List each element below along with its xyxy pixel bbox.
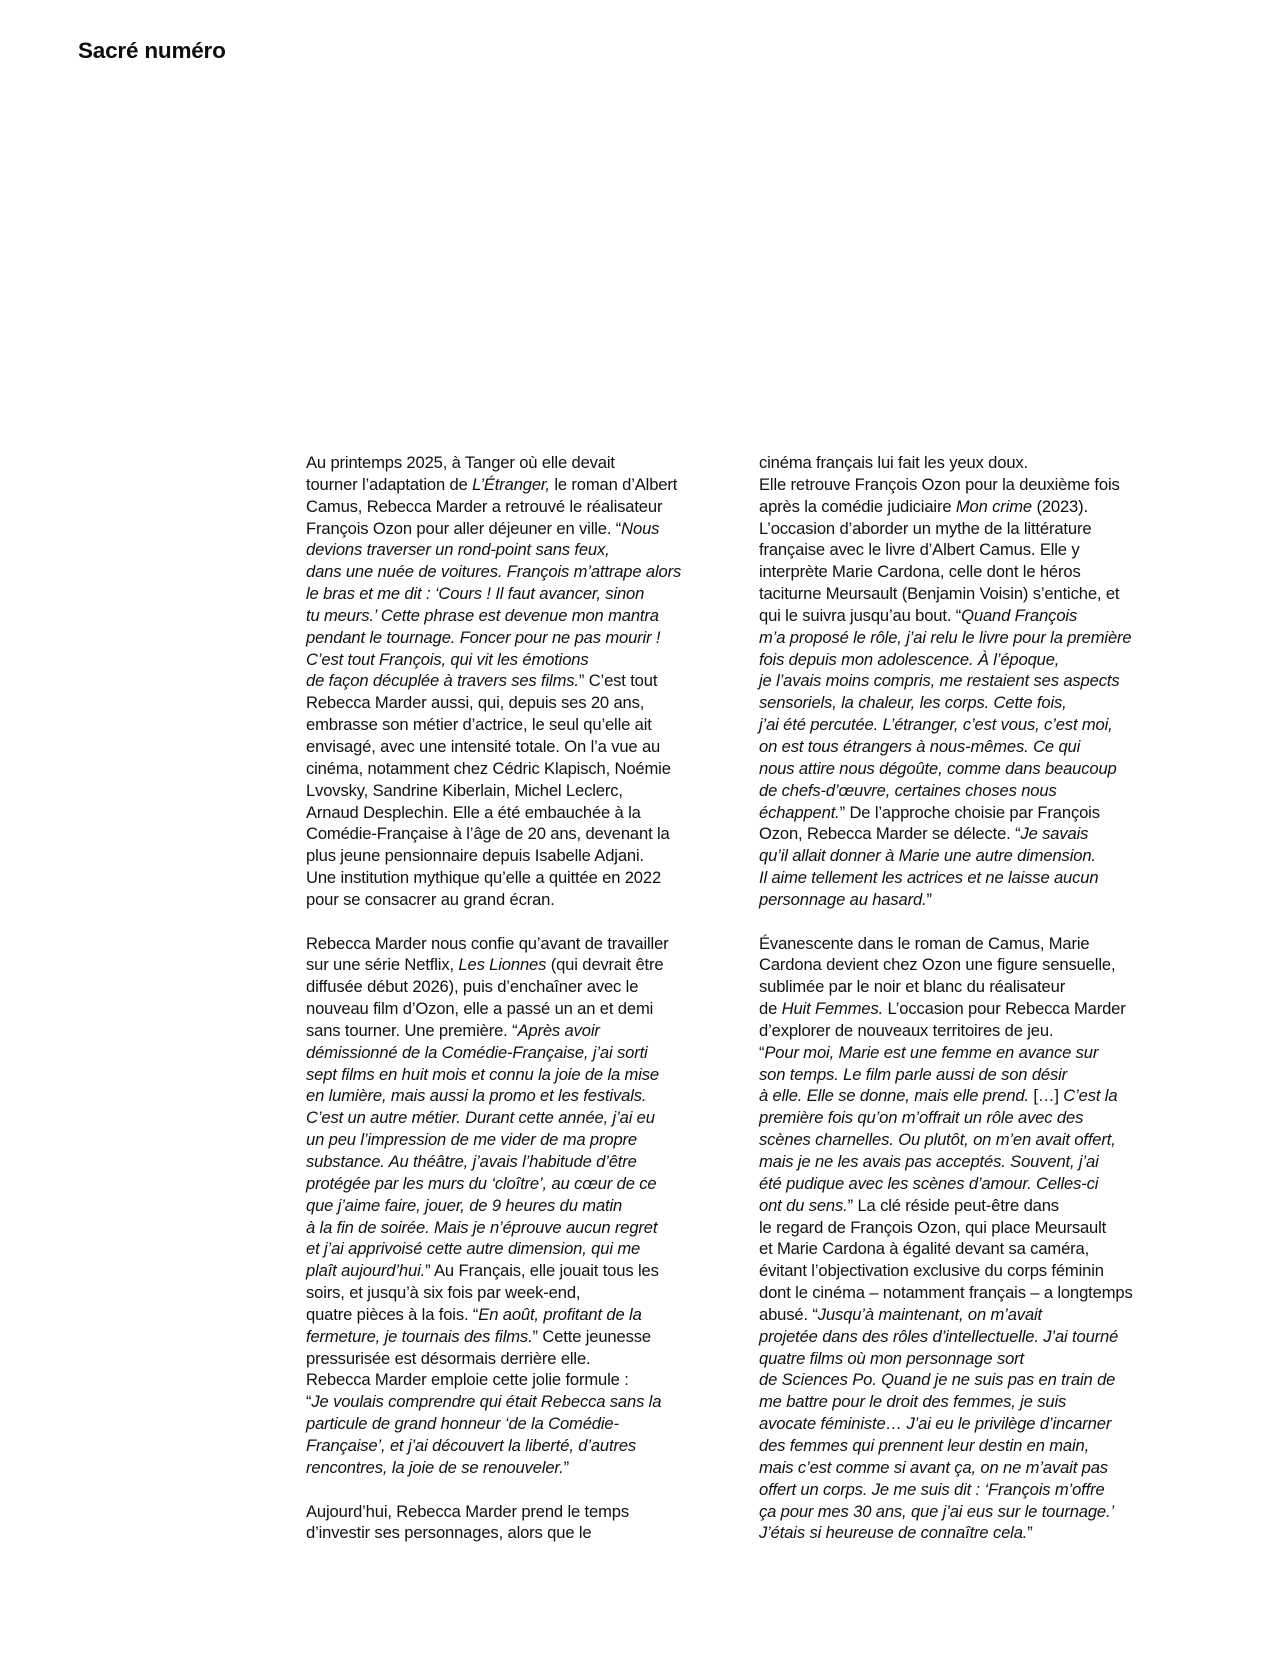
italic-quote-run: Nous: [621, 519, 659, 538]
text-line: et Marie Cardona à égalité devant sa cam…: [759, 1238, 1199, 1260]
text-line: sensoriels, la chaleur, les corps. Cette…: [759, 692, 1199, 714]
italic-quote-run: le bras et me dit : ‘Cours ! Il faut ava…: [306, 584, 644, 603]
text-line: envisagé, avec une intensité totale. On …: [306, 736, 746, 758]
italic-quote-run: Après avoir: [517, 1021, 599, 1040]
italic-quote-run: Je savais: [1020, 824, 1088, 843]
text-line: Rebecca Marder emploie cette jolie formu…: [306, 1369, 746, 1391]
text-run: évitant l’objectivation exclusive du cor…: [759, 1261, 1104, 1280]
text-line: de chefs-d’œuvre, certaines choses nous: [759, 780, 1199, 802]
text-line: tourner l’adaptation de L’Étranger, le r…: [306, 474, 746, 496]
text-line: abusé. “Jusqu’à maintenant, on m’avait: [759, 1304, 1199, 1326]
text-line: ont du sens.” La clé réside peut-être da…: [759, 1195, 1199, 1217]
text-line: soirs, et jusqu’à six fois par week-end,: [306, 1282, 746, 1304]
text-run: Au printemps 2025, à Tanger où elle deva…: [306, 453, 615, 472]
text-line: que j’aime faire, jouer, de 9 heures du …: [306, 1195, 746, 1217]
text-line: qui le suivra jusqu’au bout. “Quand Fran…: [759, 605, 1199, 627]
text-line: embrasse son métier d’actrice, le seul q…: [306, 714, 746, 736]
italic-quote-run: Mon crime: [956, 497, 1032, 516]
text-line: plaît aujourd’hui.” Au Français, elle jo…: [306, 1260, 746, 1282]
text-run: ”: [564, 1458, 569, 1477]
text-line: dont le cinéma – notamment français – a …: [759, 1282, 1199, 1304]
italic-quote-run: première fois qu’on m’offrait un rôle av…: [759, 1108, 1083, 1127]
text-run: embrasse son métier d’actrice, le seul q…: [306, 715, 652, 734]
text-run: et Marie Cardona à égalité devant sa cam…: [759, 1239, 1089, 1258]
text-run: […]: [1029, 1086, 1063, 1105]
text-line: cinéma français lui fait les yeux doux.: [759, 452, 1199, 474]
italic-quote-run: Huit Femmes.: [782, 999, 883, 1018]
text-line: devions traverser un rond-point sans feu…: [306, 539, 746, 561]
text-line: “Je voulais comprendre qui était Rebecca…: [306, 1391, 746, 1413]
italic-quote-run: et j’ai apprivoisé cette autre dimension…: [306, 1239, 640, 1258]
text-run: le regard de François Ozon, qui place Me…: [759, 1218, 1106, 1237]
italic-quote-run: C’est la: [1063, 1086, 1117, 1105]
text-run: Camus, Rebecca Marder a retrouvé le réal…: [306, 497, 662, 516]
italic-quote-run: échappent.: [759, 803, 840, 822]
italic-quote-run: protégée par les murs du ‘cloître’, au c…: [306, 1174, 657, 1193]
text-run: de: [759, 999, 782, 1018]
text-line: pressurisée est désormais derrière elle.: [306, 1348, 746, 1370]
text-line: plus jeune pensionnaire depuis Isabelle …: [306, 845, 746, 867]
text-line: substance. Au théâtre, j’avais l’habitud…: [306, 1151, 746, 1173]
italic-quote-run: de Sciences Po. Quand je ne suis pas en …: [759, 1370, 1115, 1389]
text-line: avocate féministe… J’ai eu le privilège …: [759, 1413, 1199, 1435]
italic-quote-run: qu’il allait donner à Marie une autre di…: [759, 846, 1096, 865]
text-line: le bras et me dit : ‘Cours ! Il faut ava…: [306, 583, 746, 605]
text-line: démissionné de la Comédie-Française, j’a…: [306, 1042, 746, 1064]
text-run: d’investir ses personnages, alors que le: [306, 1523, 591, 1542]
italic-quote-run: sensoriels, la chaleur, les corps. Cette…: [759, 693, 1067, 712]
text-line: Arnaud Desplechin. Elle a été embauchée …: [306, 802, 746, 824]
italic-quote-run: C’est un autre métier. Durant cette anné…: [306, 1108, 655, 1127]
text-run: Rebecca Marder emploie cette jolie formu…: [306, 1370, 629, 1389]
italic-quote-run: L’Étranger,: [472, 475, 550, 494]
text-run: abusé. “: [759, 1305, 818, 1324]
italic-quote-run: à la fin de soirée. Mais je n’éprouve au…: [306, 1218, 657, 1237]
italic-quote-run: sept films en huit mois et connu la joie…: [306, 1065, 659, 1084]
italic-quote-run: C’est tout François, qui vit les émotion…: [306, 650, 589, 669]
text-line: C’est un autre métier. Durant cette anné…: [306, 1107, 746, 1129]
text-line: cinéma, notamment chez Cédric Klapisch, …: [306, 758, 746, 780]
text-run: pressurisée est désormais derrière elle.: [306, 1349, 591, 1368]
text-run: plus jeune pensionnaire depuis Isabelle …: [306, 846, 644, 865]
text-line: rencontres, la joie de se renouveler.”: [306, 1457, 746, 1479]
text-line: me battre pour le droit des femmes, je s…: [759, 1391, 1199, 1413]
text-run: sur une série Netflix,: [306, 955, 458, 974]
text-line: de Huit Femmes. L’occasion pour Rebecca …: [759, 998, 1199, 1020]
text-run: tourner l’adaptation de: [306, 475, 472, 494]
text-line: d’explorer de nouveaux territoires de je…: [759, 1020, 1199, 1042]
text-line: évitant l’objectivation exclusive du cor…: [759, 1260, 1199, 1282]
text-line: son temps. Le film parle aussi de son dé…: [759, 1064, 1199, 1086]
text-line: des femmes qui prennent leur destin en m…: [759, 1435, 1199, 1457]
text-run: Comédie-Française à l’âge de 20 ans, dev…: [306, 824, 670, 843]
italic-quote-run: m’a proposé le rôle, j’ai relu le livre …: [759, 628, 1132, 647]
text-run: Lvovsky, Sandrine Kiberlain, Michel Lecl…: [306, 781, 623, 800]
italic-quote-run: en lumière, mais aussi la promo et les f…: [306, 1086, 646, 1105]
text-run: Ozon, Rebecca Marder se délecte. “: [759, 824, 1020, 843]
text-run: Aujourd’hui, Rebecca Marder prend le tem…: [306, 1502, 629, 1521]
text-line: personnage au hasard.”: [759, 889, 1199, 911]
italic-quote-run: j’ai été percutée. L’étranger, c’est vou…: [759, 715, 1113, 734]
text-line: sans tourner. Une première. “Après avoir: [306, 1020, 746, 1042]
text-line: Rebecca Marder nous confie qu’avant de t…: [306, 933, 746, 955]
text-line: C’est tout François, qui vit les émotion…: [306, 649, 746, 671]
italic-quote-run: des femmes qui prennent leur destin en m…: [759, 1436, 1089, 1455]
text-line: sur une série Netflix, Les Lionnes (qui …: [306, 954, 746, 976]
text-run: ” Au Français, elle jouait tous les: [425, 1261, 659, 1280]
text-line: j’ai été percutée. L’étranger, c’est vou…: [759, 714, 1199, 736]
italic-quote-run: de façon décuplée à travers ses films.: [306, 671, 579, 690]
text-run: interprète Marie Cardona, celle dont le …: [759, 562, 1081, 581]
text-line: Rebecca Marder aussi, qui, depuis ses 20…: [306, 692, 746, 714]
italic-quote-run: particule de grand honneur ‘de la Comédi…: [306, 1414, 619, 1433]
text-line: Camus, Rebecca Marder a retrouvé le réal…: [306, 496, 746, 518]
italic-quote-run: tu meurs.’ Cette phrase est devenue mon …: [306, 606, 659, 625]
italic-quote-run: Les Lionnes: [458, 955, 546, 974]
text-line: quatre films où mon personnage sort: [759, 1348, 1199, 1370]
italic-quote-run: pendant le tournage. Foncer pour ne pas …: [306, 628, 660, 647]
text-line: on est tous étrangers à nous-mêmes. Ce q…: [759, 736, 1199, 758]
italic-quote-run: ça pour mes 30 ans, que j’ai eus sur le …: [759, 1502, 1114, 1521]
text-line: été pudique avec les scènes d’amour. Cel…: [759, 1173, 1199, 1195]
text-line: Aujourd’hui, Rebecca Marder prend le tem…: [306, 1501, 746, 1523]
text-line: pour se consacrer au grand écran.: [306, 889, 746, 911]
italic-quote-run: fermeture, je tournais des films.: [306, 1327, 533, 1346]
text-line: dans une nuée de voitures. François m’at…: [306, 561, 746, 583]
italic-quote-run: ont du sens.: [759, 1196, 848, 1215]
text-line: Elle retrouve François Ozon pour la deux…: [759, 474, 1199, 496]
italic-quote-run: Il aime tellement les actrices et ne lai…: [759, 868, 1098, 887]
italic-quote-run: plaît aujourd’hui.: [306, 1261, 425, 1280]
italic-quote-run: Française’, et j’ai découvert la liberté…: [306, 1436, 636, 1455]
text-run: après la comédie judiciaire: [759, 497, 956, 516]
text-line: L’occasion d’aborder un mythe de la litt…: [759, 518, 1199, 540]
italic-quote-run: scènes charnelles. Ou plutôt, on m’en av…: [759, 1130, 1116, 1149]
text-line: à la fin de soirée. Mais je n’éprouve au…: [306, 1217, 746, 1239]
text-run: taciturne Meursault (Benjamin Voisin) s’…: [759, 584, 1119, 603]
text-run: sans tourner. Une première. “: [306, 1021, 517, 1040]
italic-quote-run: je l’avais moins compris, me restaient s…: [759, 671, 1119, 690]
text-column-left: Au printemps 2025, à Tanger où elle deva…: [306, 452, 746, 1544]
text-run: quatre pièces à la fois. “: [306, 1305, 478, 1324]
text-run: ” C’est tout: [579, 671, 657, 690]
text-line: mais je ne les avais pas acceptés. Souve…: [759, 1151, 1199, 1173]
text-line: Au printemps 2025, à Tanger où elle deva…: [306, 452, 746, 474]
text-line: m’a proposé le rôle, j’ai relu le livre …: [759, 627, 1199, 649]
italic-quote-run: Jusqu’à maintenant, on m’avait: [818, 1305, 1042, 1324]
text-line: sept films en huit mois et connu la joie…: [306, 1064, 746, 1086]
text-line: nous attire nous dégoûte, comme dans bea…: [759, 758, 1199, 780]
italic-quote-run: que j’aime faire, jouer, de 9 heures du …: [306, 1196, 622, 1215]
italic-quote-run: En août, profitant de la: [478, 1305, 641, 1324]
text-line: je l’avais moins compris, me restaient s…: [759, 670, 1199, 692]
text-line: J’étais si heureuse de connaître cela.”: [759, 1522, 1199, 1544]
text-line: Évanescente dans le roman de Camus, Mari…: [759, 933, 1199, 955]
paragraph-break: [759, 911, 1199, 933]
text-run: diffusée début 2026), puis d’enchaîner a…: [306, 977, 638, 996]
text-line: qu’il allait donner à Marie une autre di…: [759, 845, 1199, 867]
text-run: cinéma français lui fait les yeux doux.: [759, 453, 1028, 472]
text-line: Lvovsky, Sandrine Kiberlain, Michel Lecl…: [306, 780, 746, 802]
italic-quote-run: quatre films où mon personnage sort: [759, 1349, 1024, 1368]
italic-quote-run: Quand François: [961, 606, 1077, 625]
text-line: un peu l’impression de me vider de ma pr…: [306, 1129, 746, 1151]
text-line: de Sciences Po. Quand je ne suis pas en …: [759, 1369, 1199, 1391]
italic-quote-run: rencontres, la joie de se renouveler.: [306, 1458, 564, 1477]
text-line: première fois qu’on m’offrait un rôle av…: [759, 1107, 1199, 1129]
text-run: L’occasion pour Rebecca Marder: [883, 999, 1126, 1018]
text-run: nouveau film d’Ozon, elle a passé un an …: [306, 999, 653, 1018]
text-line: protégée par les murs du ‘cloître’, au c…: [306, 1173, 746, 1195]
italic-quote-run: substance. Au théâtre, j’avais l’habitud…: [306, 1152, 637, 1171]
text-line: Il aime tellement les actrices et ne lai…: [759, 867, 1199, 889]
text-run: ” De l’approche choisie par François: [840, 803, 1100, 822]
text-line: pendant le tournage. Foncer pour ne pas …: [306, 627, 746, 649]
text-run: Elle retrouve François Ozon pour la deux…: [759, 475, 1120, 494]
text-run: sublimée par le noir et blanc du réalisa…: [759, 977, 1065, 996]
text-run: Cardona devient chez Ozon une figure sen…: [759, 955, 1115, 974]
text-line: d’investir ses personnages, alors que le: [306, 1522, 746, 1544]
text-line: nouveau film d’Ozon, elle a passé un an …: [306, 998, 746, 1020]
italic-quote-run: projetée dans des rôles d’intellectuelle…: [759, 1327, 1118, 1346]
text-run: ” Cette jeunesse: [533, 1327, 651, 1346]
text-run: Arnaud Desplechin. Elle a été embauchée …: [306, 803, 641, 822]
italic-quote-run: Je voulais comprendre qui était Rebecca …: [311, 1392, 661, 1411]
text-line: le regard de François Ozon, qui place Me…: [759, 1217, 1199, 1239]
text-line: Cardona devient chez Ozon une figure sen…: [759, 954, 1199, 976]
paragraph-break: [306, 911, 746, 933]
text-line: diffusée début 2026), puis d’enchaîner a…: [306, 976, 746, 998]
text-run: pour se consacrer au grand écran.: [306, 890, 555, 909]
text-run: envisagé, avec une intensité totale. On …: [306, 737, 660, 756]
italic-quote-run: personnage au hasard.: [759, 890, 927, 909]
italic-quote-run: à elle. Elle se donne, mais elle prend.: [759, 1086, 1029, 1105]
text-run: d’explorer de nouveaux territoires de je…: [759, 1021, 1053, 1040]
italic-quote-run: J’étais si heureuse de connaître cela.: [759, 1523, 1027, 1542]
text-line: Ozon, Rebecca Marder se délecte. “Je sav…: [759, 823, 1199, 845]
italic-quote-run: été pudique avec les scènes d’amour. Cel…: [759, 1174, 1098, 1193]
text-line: de façon décuplée à travers ses films.” …: [306, 670, 746, 692]
text-run: française avec le livre d’Albert Camus. …: [759, 540, 1080, 559]
italic-quote-run: on est tous étrangers à nous-mêmes. Ce q…: [759, 737, 1080, 756]
text-line: “Pour moi, Marie est une femme en avance…: [759, 1042, 1199, 1064]
text-run: (2023).: [1032, 497, 1088, 516]
text-run: ”: [1027, 1523, 1032, 1542]
italic-quote-run: nous attire nous dégoûte, comme dans bea…: [759, 759, 1117, 778]
text-line: fois depuis mon adolescence. À l’époque,: [759, 649, 1199, 671]
text-line: Française’, et j’ai découvert la liberté…: [306, 1435, 746, 1457]
italic-quote-run: démissionné de la Comédie-Française, j’a…: [306, 1043, 648, 1062]
text-run: ” La clé réside peut-être dans: [848, 1196, 1059, 1215]
text-run: Rebecca Marder nous confie qu’avant de t…: [306, 934, 669, 953]
text-line: Une institution mythique qu’elle a quitt…: [306, 867, 746, 889]
text-line: échappent.” De l’approche choisie par Fr…: [759, 802, 1199, 824]
text-line: François Ozon pour aller déjeuner en vil…: [306, 518, 746, 540]
text-run: dont le cinéma – notamment français – a …: [759, 1283, 1133, 1302]
italic-quote-run: dans une nuée de voitures. François m’at…: [306, 562, 681, 581]
text-run: Évanescente dans le roman de Camus, Mari…: [759, 934, 1090, 953]
text-line: fermeture, je tournais des films.” Cette…: [306, 1326, 746, 1348]
text-line: à elle. Elle se donne, mais elle prend. …: [759, 1085, 1199, 1107]
italic-quote-run: offert un corps. Je me suis dit : ‘Franç…: [759, 1480, 1105, 1499]
text-run: (qui devrait être: [546, 955, 663, 974]
text-line: et j’ai apprivoisé cette autre dimension…: [306, 1238, 746, 1260]
text-line: tu meurs.’ Cette phrase est devenue mon …: [306, 605, 746, 627]
text-run: Rebecca Marder aussi, qui, depuis ses 20…: [306, 693, 644, 712]
italic-quote-run: Pour moi, Marie est une femme en avance …: [764, 1043, 1098, 1062]
italic-quote-run: avocate féministe… J’ai eu le privilège …: [759, 1414, 1111, 1433]
italic-quote-run: son temps. Le film parle aussi de son dé…: [759, 1065, 1067, 1084]
text-line: projetée dans des rôles d’intellectuelle…: [759, 1326, 1199, 1348]
text-line: offert un corps. Je me suis dit : ‘Franç…: [759, 1479, 1199, 1501]
text-run: L’occasion d’aborder un mythe de la litt…: [759, 519, 1091, 538]
italic-quote-run: devions traverser un rond-point sans feu…: [306, 540, 610, 559]
text-line: mais c’est comme si avant ça, on ne m’av…: [759, 1457, 1199, 1479]
text-line: française avec le livre d’Albert Camus. …: [759, 539, 1199, 561]
text-line: après la comédie judiciaire Mon crime (2…: [759, 496, 1199, 518]
text-line: quatre pièces à la fois. “En août, profi…: [306, 1304, 746, 1326]
paragraph-break: [306, 1479, 746, 1501]
italic-quote-run: de chefs-d’œuvre, certaines choses nous: [759, 781, 1057, 800]
italic-quote-run: fois depuis mon adolescence. À l’époque,: [759, 650, 1059, 669]
italic-quote-run: mais je ne les avais pas acceptés. Souve…: [759, 1152, 1099, 1171]
text-line: ça pour mes 30 ans, que j’ai eus sur le …: [759, 1501, 1199, 1523]
text-run: François Ozon pour aller déjeuner en vil…: [306, 519, 621, 538]
italic-quote-run: me battre pour le droit des femmes, je s…: [759, 1392, 1066, 1411]
italic-quote-run: un peu l’impression de me vider de ma pr…: [306, 1130, 637, 1149]
text-line: Comédie-Française à l’âge de 20 ans, dev…: [306, 823, 746, 845]
text-run: le roman d’Albert: [550, 475, 677, 494]
text-line: taciturne Meursault (Benjamin Voisin) s’…: [759, 583, 1199, 605]
text-run: soirs, et jusqu’à six fois par week-end,: [306, 1283, 580, 1302]
text-line: interprète Marie Cardona, celle dont le …: [759, 561, 1199, 583]
text-run: qui le suivra jusqu’au bout. “: [759, 606, 961, 625]
text-run: Une institution mythique qu’elle a quitt…: [306, 868, 661, 887]
text-line: particule de grand honneur ‘de la Comédi…: [306, 1413, 746, 1435]
text-line: en lumière, mais aussi la promo et les f…: [306, 1085, 746, 1107]
text-run: ”: [927, 890, 932, 909]
italic-quote-run: mais c’est comme si avant ça, on ne m’av…: [759, 1458, 1108, 1477]
page-title: Sacré numéro: [78, 38, 226, 64]
text-run: cinéma, notamment chez Cédric Klapisch, …: [306, 759, 671, 778]
text-line: scènes charnelles. Ou plutôt, on m’en av…: [759, 1129, 1199, 1151]
text-line: sublimée par le noir et blanc du réalisa…: [759, 976, 1199, 998]
text-column-right: cinéma français lui fait les yeux doux.E…: [759, 452, 1199, 1544]
